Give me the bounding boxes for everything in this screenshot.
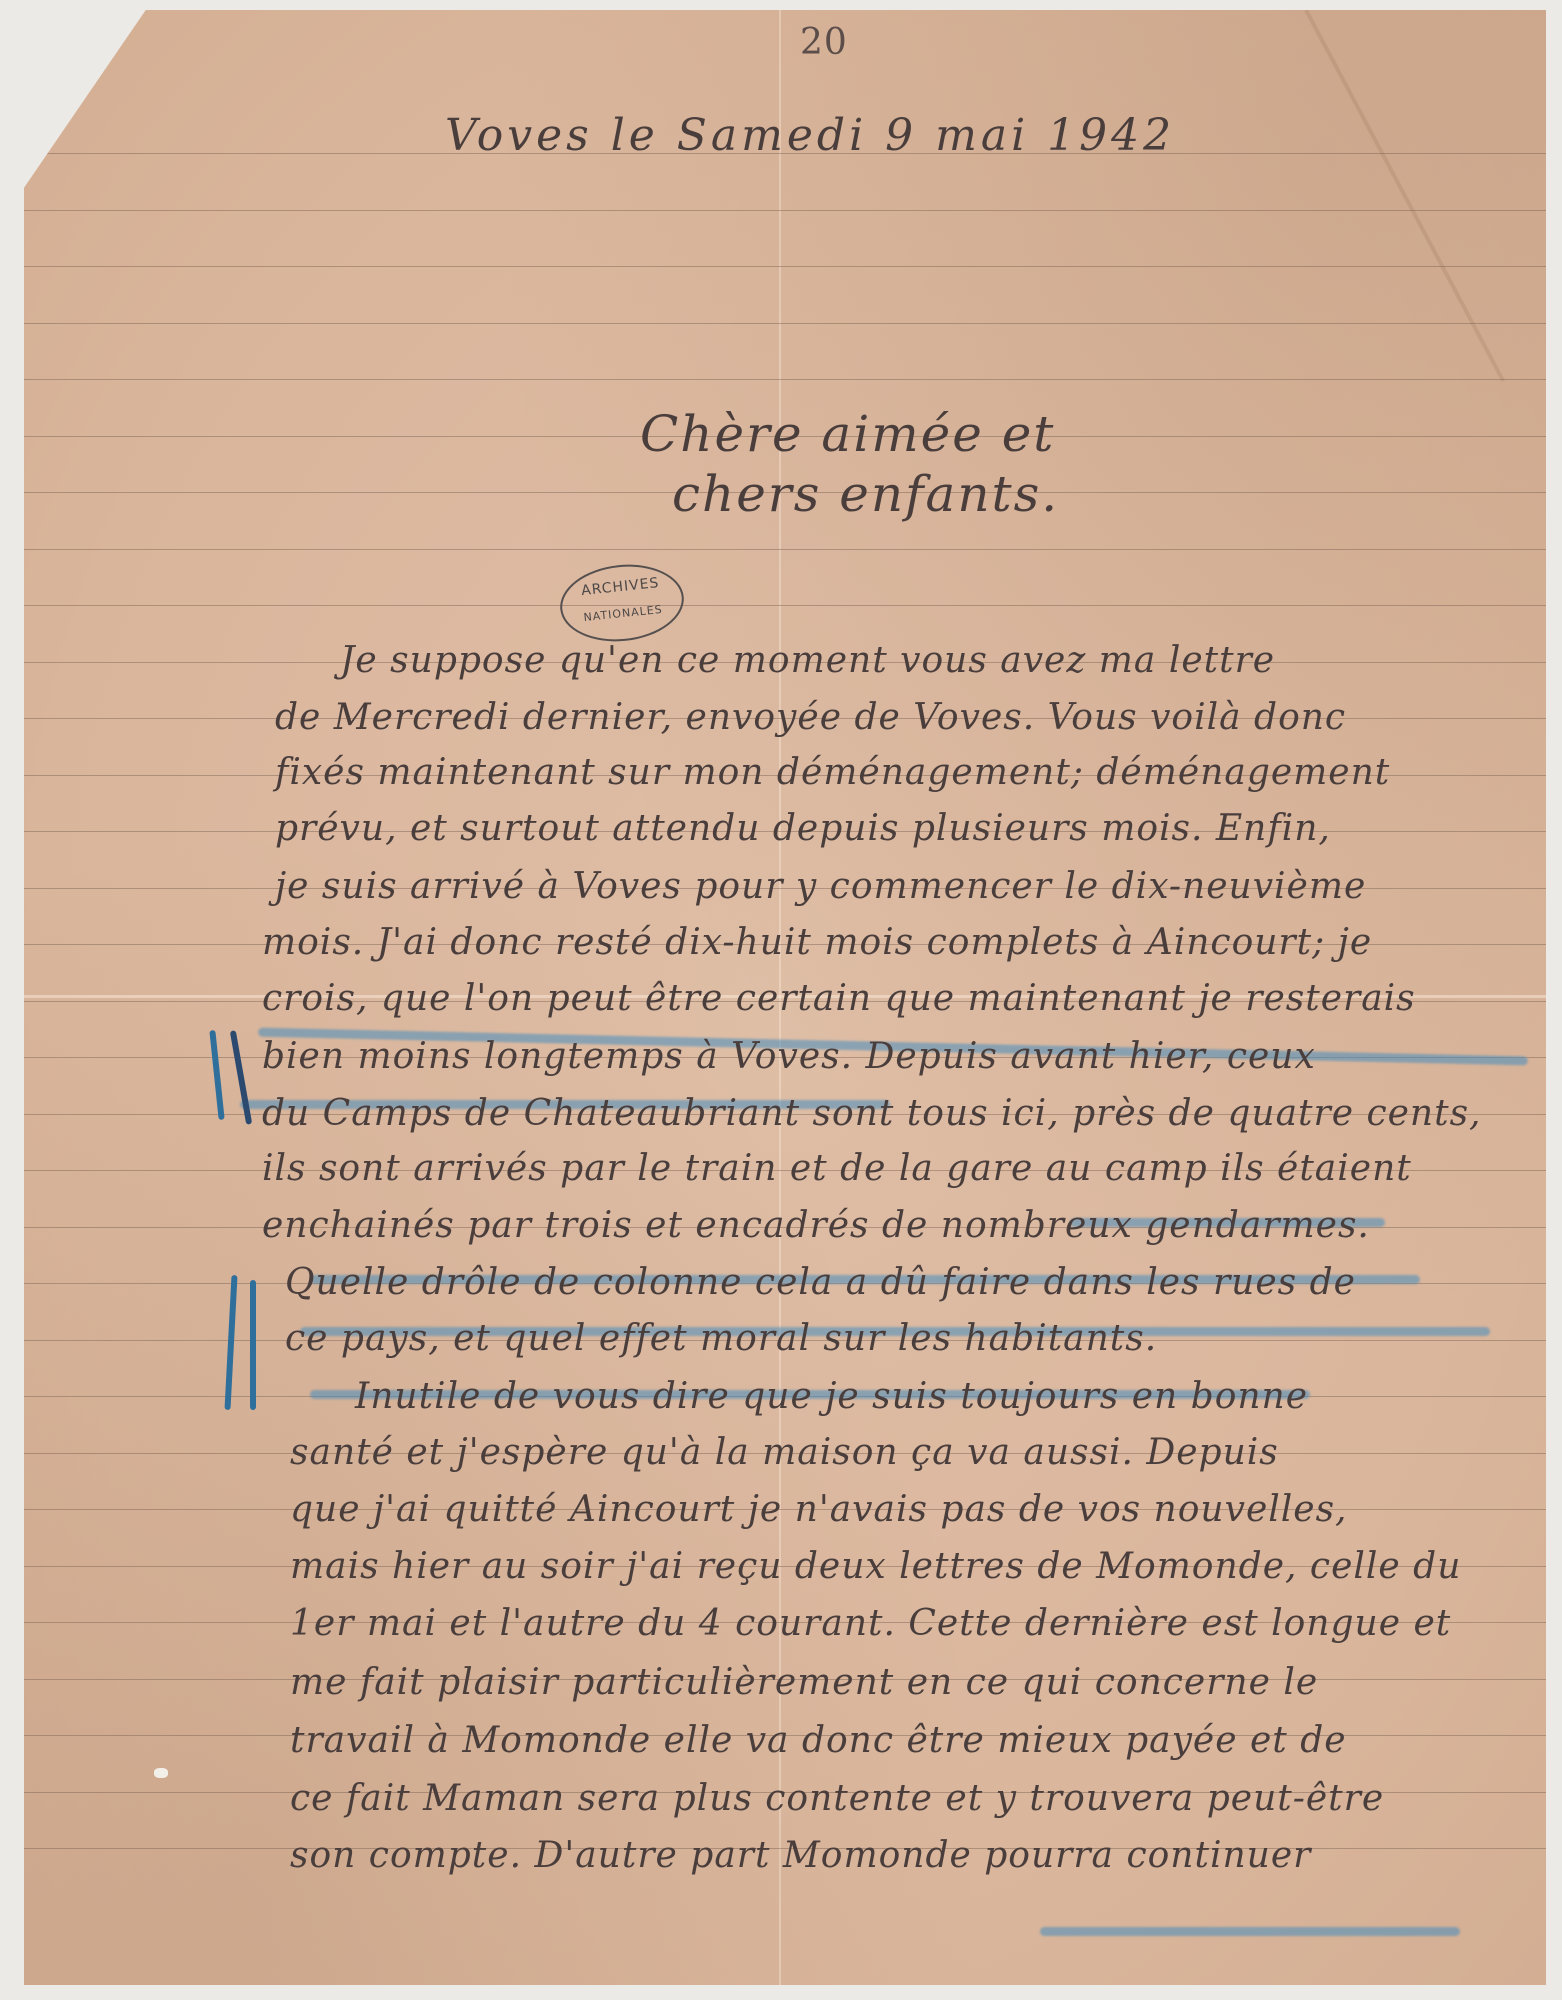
- page-number: 20: [800, 22, 848, 63]
- body-line: travail à Momonde elle va donc être mieu…: [290, 1720, 1347, 1761]
- ruled-line: [24, 605, 1546, 606]
- body-line: 1er mai et l'autre du 4 courant. Cette d…: [290, 1603, 1451, 1644]
- body-line: enchainés par trois et encadrés de nombr…: [262, 1205, 1370, 1246]
- body-line: crois, que l'on peut être certain que ma…: [262, 978, 1416, 1019]
- stamp-line-2: NATIONALES: [563, 601, 684, 626]
- body-line: ils sont arrivés par le train et de la g…: [262, 1148, 1412, 1189]
- body-line: du Camps de Chateaubriant sont tous ici,…: [262, 1093, 1482, 1134]
- paper-tear: [154, 1768, 168, 1778]
- body-line: Quelle drôle de colonne cela a dû faire …: [285, 1262, 1356, 1303]
- body-line: ce pays, et quel effet moral sur les hab…: [285, 1318, 1157, 1359]
- body-line: Je suppose qu'en ce moment vous avez ma …: [340, 640, 1275, 681]
- body-line: bien moins longtemps à Voves. Depuis ava…: [262, 1036, 1316, 1077]
- salutation-line-2: chers enfants.: [672, 465, 1059, 523]
- body-line: de Mercredi dernier, envoyée de Voves. V…: [275, 697, 1346, 738]
- margin-mark-double: [250, 1280, 256, 1410]
- ruled-line: [24, 323, 1546, 324]
- ruled-line: [24, 549, 1546, 550]
- body-line: mais hier au soir j'ai reçu deux lettres…: [290, 1546, 1461, 1587]
- ruled-line: [24, 266, 1546, 267]
- ruled-line: [24, 379, 1546, 380]
- blue-underline: [1040, 1927, 1460, 1936]
- body-line: mois. J'ai donc resté dix-huit mois comp…: [262, 922, 1372, 963]
- body-line: son compte. D'autre part Momonde pourra …: [290, 1835, 1311, 1876]
- body-line: fixés maintenant sur mon déménagement; d…: [275, 752, 1390, 793]
- place-date: Voves le Samedi 9 mai 1942: [445, 110, 1175, 161]
- body-line: me fait plaisir particulièrement en ce q…: [290, 1662, 1318, 1703]
- body-line: santé et j'espère qu'à la maison ça va a…: [290, 1432, 1279, 1473]
- ruled-line: [24, 210, 1546, 211]
- salutation-line-1: Chère aimée et: [640, 405, 1055, 463]
- body-line: que j'ai quitté Aincourt je n'avais pas …: [290, 1489, 1348, 1530]
- body-line: prévu, et surtout attendu depuis plusieu…: [275, 808, 1331, 849]
- body-line: Inutile de vous dire que je suis toujour…: [355, 1376, 1308, 1417]
- body-line: ce fait Maman sera plus contente et y tr…: [290, 1778, 1384, 1819]
- paper-crease: [1304, 9, 1505, 382]
- body-line: je suis arrivé à Voves pour y commencer …: [275, 866, 1366, 907]
